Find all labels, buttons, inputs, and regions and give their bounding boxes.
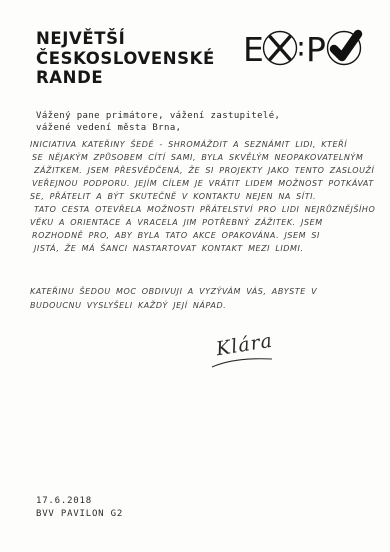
handwritten-line: TATO CESTA OTEVŘELA MOŽNOSTI PŘÁTELSTVÍ … [34, 205, 375, 218]
handwritten-line: SE NĚJAKÝM ZPŮSOBEM CÍTÍ SAMI, BYLA SKVĚ… [32, 153, 375, 166]
handwritten-paragraph-2: KATEŘINU ŠEDOU MOC OBDIVUJI A VYZÝVÁM VÁ… [30, 287, 317, 314]
handwritten-line: INICIATIVA KATEŘINY ŠEDÉ - SHROMÁŽDIT A … [30, 140, 375, 153]
signature-flourish [210, 356, 280, 370]
page-title: NEJVĚTŠÍ ČESKOSLOVENSKÉ RANDE [36, 29, 215, 88]
event-venue: BVV PAVILON G2 [36, 509, 123, 522]
handwritten-line: VĚKU A ORIENTACE A VRACELA JIM POTŘEBNÝ … [30, 218, 375, 231]
footer: 17.6.2018 BVV PAVILON G2 [36, 496, 123, 521]
expo-logo: E P [243, 25, 371, 71]
title-line-1: NEJVĚTŠÍ [36, 29, 215, 49]
handwritten-line: KATEŘINU ŠEDOU MOC OBDIVUJI A VYZÝVÁM VÁ… [30, 287, 317, 301]
event-date: 17.6.2018 [36, 496, 123, 509]
handwritten-line: VEŘEJNOU PODPORU. JEJÍM CÍLEM JE VRÁTIT … [32, 179, 375, 192]
logo-letter-p: P [306, 30, 326, 69]
check-circle-icon [328, 32, 361, 65]
salutation-line-1: Vážený pane primátore, vážení zastupitel… [36, 111, 280, 123]
handwritten-line: JISTÁ, ŽE MÁ ŠANCI NASTARTOVAT KONTAKT M… [34, 244, 375, 257]
salutation-line-2: vážené vedení města Brna, [36, 123, 280, 135]
handwritten-line: ROZHODNĚ PRO, ABY BYLA TATO AKCE OPAKOVÁ… [32, 231, 375, 244]
title-line-3: RANDE [36, 68, 215, 88]
handwritten-line: ZÁŽITKEM. JSEM PŘESVĚDČENÁ, ŽE SI PROJEK… [34, 166, 375, 179]
salutation: Vážený pane primátore, vážení zastupitel… [36, 111, 280, 134]
handwritten-paragraph-1: INICIATIVA KATEŘINY ŠEDÉ - SHROMÁŽDIT A … [30, 140, 375, 257]
letter-page: NEJVĚTŠÍ ČESKOSLOVENSKÉ RANDE E P Vážený… [0, 0, 390, 552]
x-circle-icon [264, 32, 297, 65]
handwritten-line: BUDOUCNU VYSLYŠELI KAŽDÝ JEJÍ NÁPAD. [30, 301, 317, 315]
colon-dots [300, 42, 303, 56]
logo-letter-e: E [243, 30, 264, 69]
title-line-2: ČESKOSLOVENSKÉ [36, 49, 215, 69]
handwritten-line: SE, PŘÁTELIT A BÝT SKUTEČNĚ V KONTAKTU N… [30, 192, 375, 205]
